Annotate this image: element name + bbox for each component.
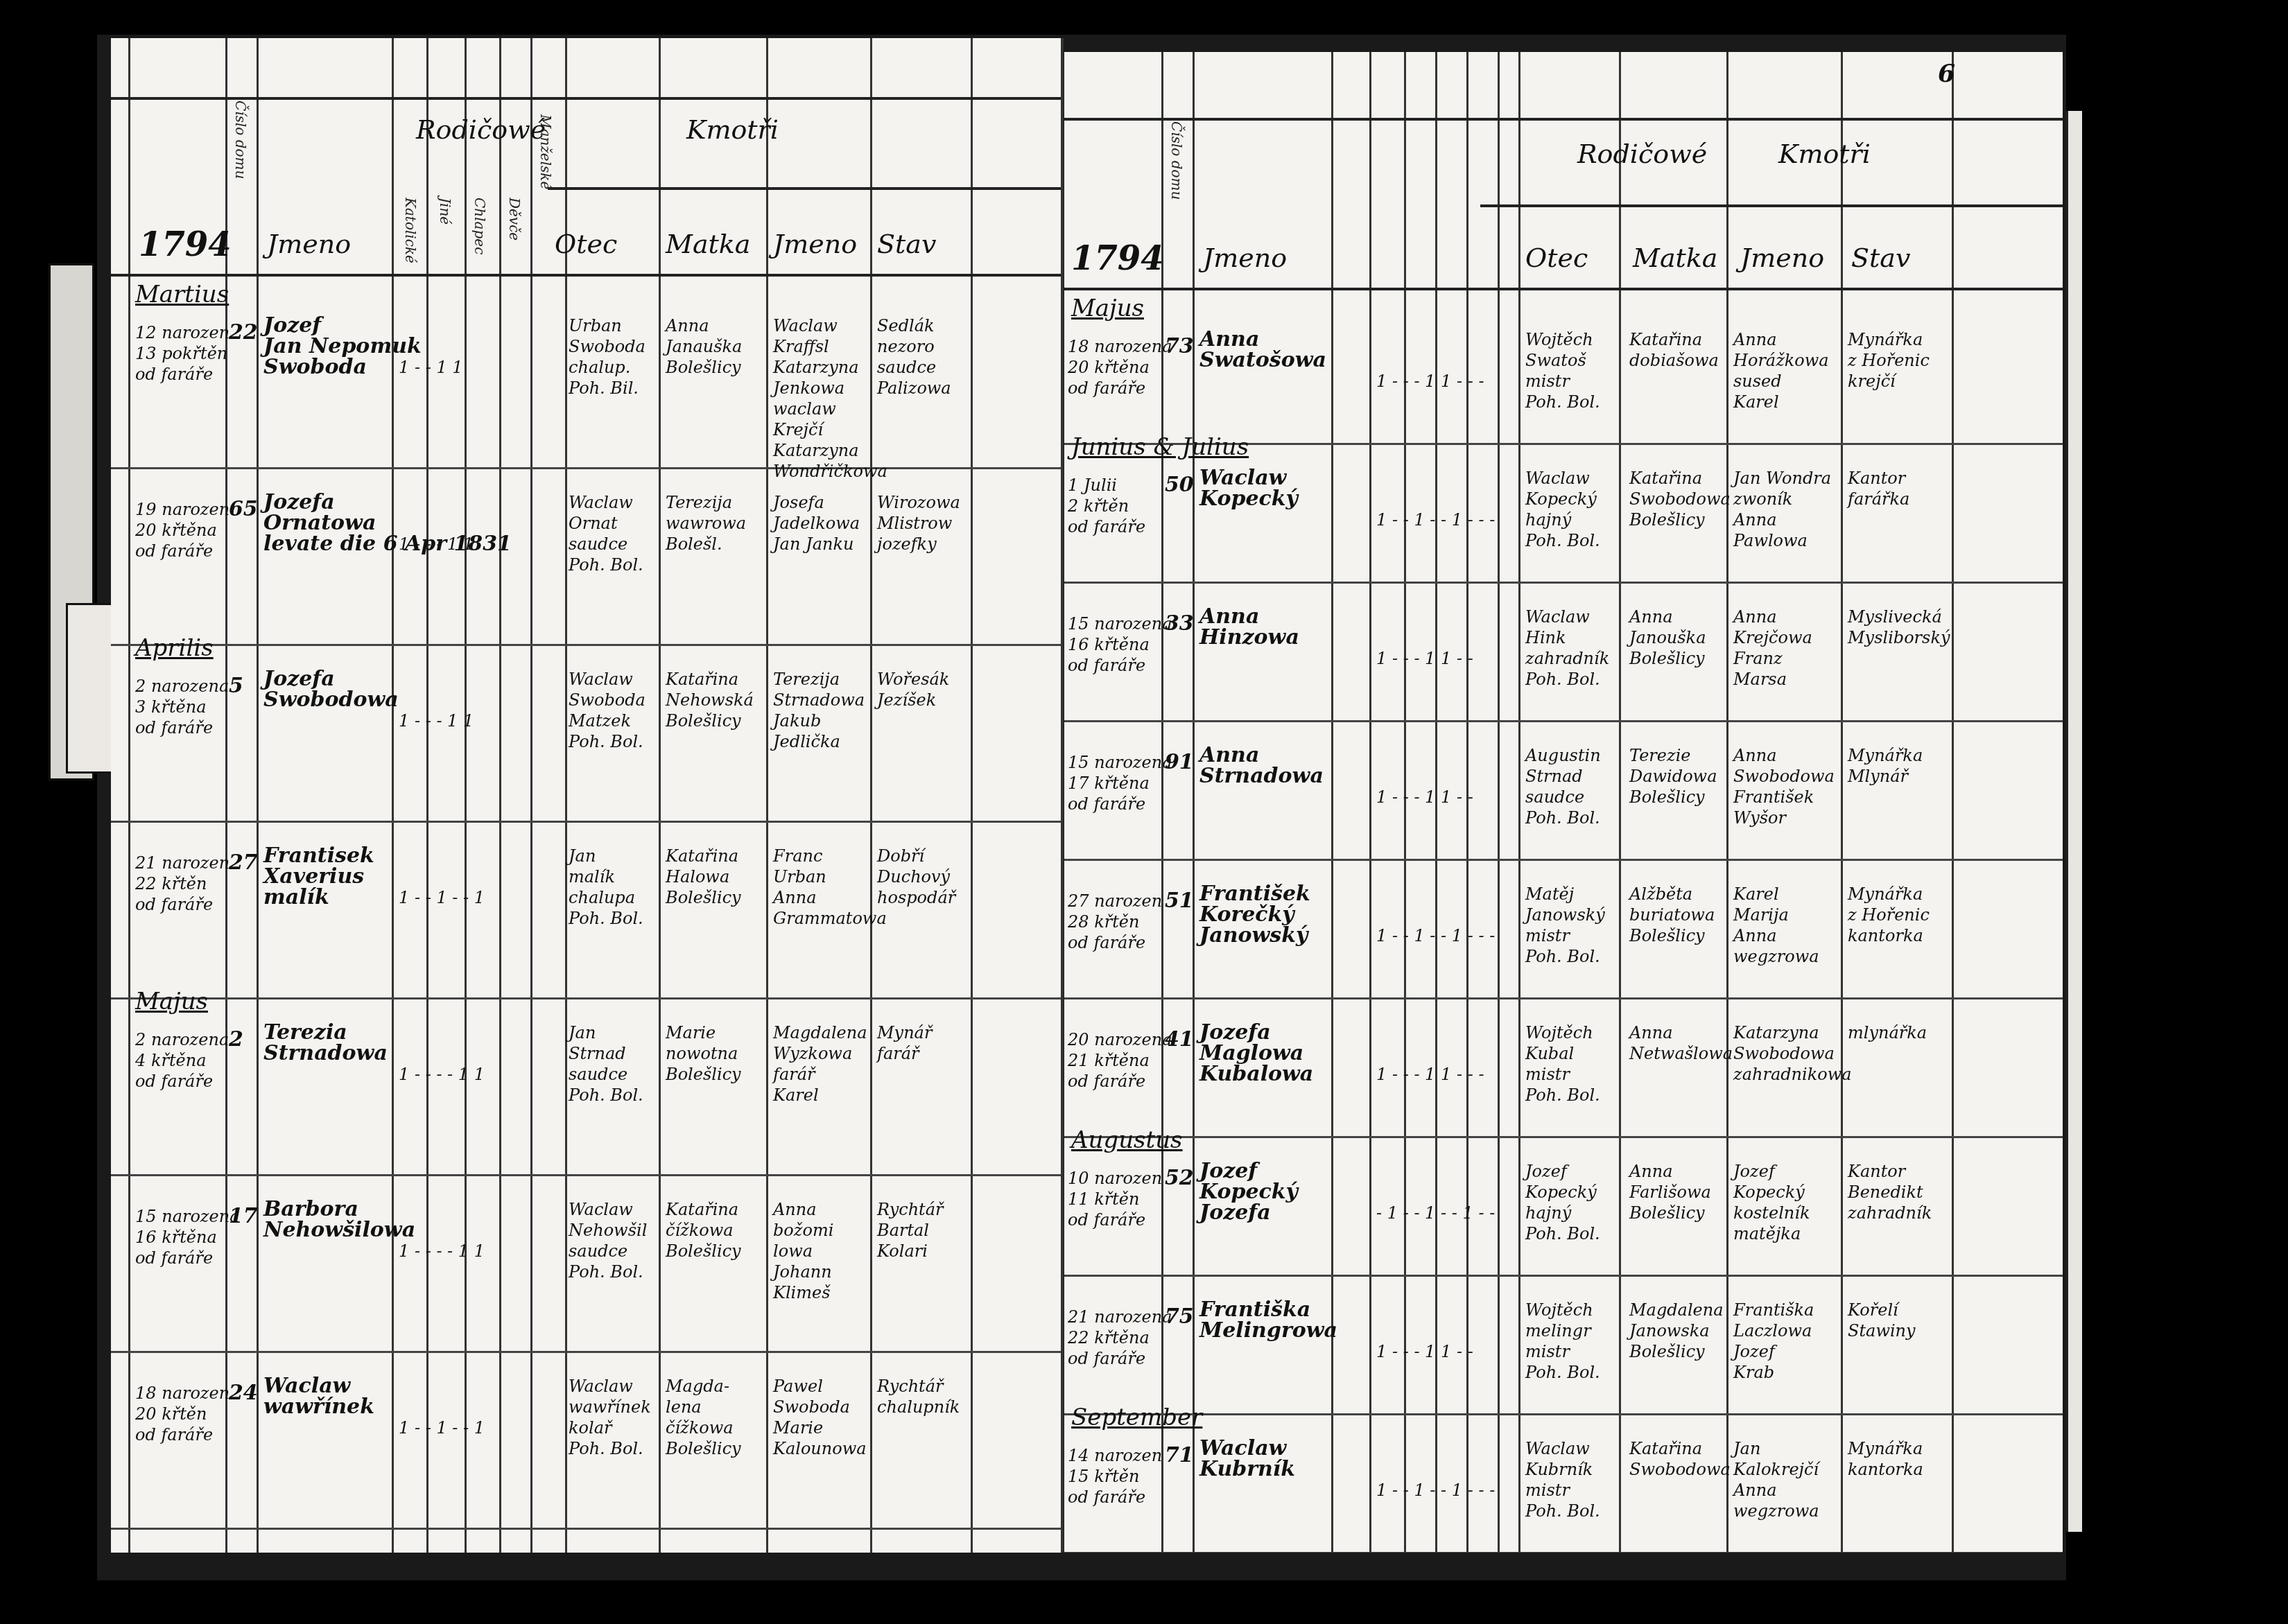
entry-name: Františka Melingrowa xyxy=(1199,1300,1337,1341)
entry-house: 17 xyxy=(229,1206,258,1227)
header-name: Jmeno xyxy=(267,229,351,259)
entry-tally: 1 - - 1 - - 1 - - - xyxy=(1376,509,1495,530)
entry-father: Waclaw Kopecký hajný Poh. Bol. xyxy=(1525,468,1600,551)
entry-date: 15 narozena 16 křtěna od faráře xyxy=(1068,613,1172,676)
entry-tally: - 1 - - 1 - - 1 - - xyxy=(1376,1203,1495,1223)
entry-tally: 1 - - - 1 1 - - - xyxy=(1376,1064,1484,1085)
entry-month: Majus xyxy=(1071,295,1144,322)
page-number: 6 xyxy=(1938,59,1955,88)
entry-gp-name: Jan Wondra zwoník Anna Pawlowa xyxy=(1733,468,1831,551)
entry-gp-status: Wořesák Jezíšek xyxy=(877,669,949,710)
header-mother: Matka xyxy=(1633,243,1718,273)
entry-house: 22 xyxy=(229,322,258,343)
header-vertical-col: Manželské xyxy=(537,114,554,189)
entry-mother: Alžběta buriatowa Bolešlicy xyxy=(1629,884,1715,946)
entry-tally: 1 - - - 1 1 - - - xyxy=(1376,371,1484,392)
page-edge xyxy=(2066,111,2082,1532)
entry-gp-status: Wirozowa Mlistrow jozefky xyxy=(877,492,960,555)
header-vertical-col: Chlapec xyxy=(471,198,488,254)
entry-gp-status: Mynářka Mlynář xyxy=(1848,745,1923,787)
entry-father: Jozef Kopecký hajný Poh. Bol. xyxy=(1525,1161,1600,1244)
entry-mother: Terezie Dawidowa Bolešlicy xyxy=(1629,745,1717,807)
entry-house: 5 xyxy=(229,676,243,697)
entry-name: Waclaw wawřínek xyxy=(263,1376,374,1417)
header-house-number: Číslo domu xyxy=(1168,121,1185,200)
entry-date: 10 narozen 11 křtěn od faráře xyxy=(1068,1168,1162,1230)
entry-name: Jozefa Ornatowa levate die 6 Apr 1831 xyxy=(263,492,512,555)
header-vertical-col: Jiné xyxy=(437,198,453,225)
entry-gp-name: Terezija Strnadowa Jakub Jedlička xyxy=(773,669,865,752)
entry-house: 41 xyxy=(1165,1029,1194,1050)
entry-tally: 1 - - 1 - - 1 xyxy=(399,1417,485,1438)
entry-father: Jan malík chalupa Poh. Bol. xyxy=(569,846,643,929)
entry-gp-status: Kořelí Stawiny xyxy=(1848,1300,1916,1341)
entry-father: Urban Swoboda chalup. Poh. Bil. xyxy=(569,315,645,399)
header-parents: Rodičowé xyxy=(416,114,546,145)
entry-house: 52 xyxy=(1165,1168,1194,1189)
entry-name: Jozefa Swobodowa xyxy=(263,669,399,710)
entry-gp-status: mlynářka xyxy=(1848,1022,1927,1043)
entry-father: Wojtěch Swatoš mistr Poh. Bol. xyxy=(1525,329,1600,412)
entry-name: Barbora Nehowšilowa xyxy=(263,1199,415,1241)
entry-name: Waclaw Kopecký xyxy=(1199,468,1298,509)
entry-date: 18 narozen 20 křtěn od faráře xyxy=(135,1383,229,1445)
entry-name: Waclaw Kubrník xyxy=(1199,1438,1295,1480)
entry-month: Martius xyxy=(135,281,229,308)
entry-father: Augustin Strnad saudce Poh. Bol. xyxy=(1525,745,1601,828)
entry-tally: 1 - - 1 - - 1 xyxy=(399,887,485,908)
entry-tally: 1 - - - 1 1 xyxy=(399,710,474,731)
entry-gp-name: Josefa Jadelkowa Jan Janku xyxy=(773,492,860,555)
header-godparents: Kmotři xyxy=(1778,139,1871,169)
entry-date: 12 narozen 13 pokřtěn od faráře xyxy=(135,322,229,385)
entry-name: Frantisek Xaverius malík xyxy=(263,846,374,908)
entry-gp-name: Magdalena Wyzkowa farář Karel xyxy=(773,1022,867,1106)
entry-name: Anna Hinzowa xyxy=(1199,606,1299,648)
entry-house: 75 xyxy=(1165,1307,1194,1327)
entry-house: 27 xyxy=(229,853,258,873)
entry-tally: 1 - - 1 - - 1 - - - xyxy=(1376,925,1495,946)
entry-date: 21 narozena 22 křtěna od faráře xyxy=(1068,1307,1172,1369)
entry-gp-name: Anna Horážkowa sused Karel xyxy=(1733,329,1829,412)
entry-father: Jan Strnad saudce Poh. Bol. xyxy=(569,1022,643,1106)
entry-father: Wojtěch melingr mistr Poh. Bol. xyxy=(1525,1300,1600,1383)
entry-father: Waclaw Hink zahradník Poh. Bol. xyxy=(1525,606,1609,690)
entry-gp-status: Mynářka z Hořenic kantorka xyxy=(1848,884,1930,946)
entry-gp-status: Mynářka kantorka xyxy=(1848,1438,1923,1480)
entry-father: Waclaw Nehowšil saudce Poh. Bol. xyxy=(569,1199,647,1282)
entry-father: Matěj Janowský mistr Poh. Bol. xyxy=(1525,884,1605,967)
entry-gp-name: Jozef Kopecký kostelník matějka xyxy=(1733,1161,1810,1244)
entry-gp-name: Karel Marija Anna wegzrowa xyxy=(1733,884,1819,967)
entry-gp-status: Kantor farářka xyxy=(1848,468,1909,509)
entry-mother: Katařina dobiašowa xyxy=(1629,329,1719,371)
entry-name: Jozef Kopecký Jozefa xyxy=(1199,1161,1298,1223)
entry-gp-name: Katarzyna Swobodowa zahradnikowa xyxy=(1733,1022,1852,1085)
left-page: Rodičowé Kmotři 1794 Jmeno Otec Matka Jm… xyxy=(111,38,1064,1553)
entry-name: Anna Swatošowa xyxy=(1199,329,1326,371)
entry-name: František Korečký Janowský xyxy=(1199,884,1310,946)
entry-house: 65 xyxy=(229,499,258,520)
entry-date: 27 narozen 28 křtěn od faráře xyxy=(1068,891,1162,953)
entry-gp-status: Kantor Benedikt zahradník xyxy=(1848,1161,1932,1223)
entry-mother: Terezija wawrowa Bolešl. xyxy=(666,492,746,555)
entry-tally: 1 - - - 1 1 xyxy=(399,534,474,555)
entry-name: Jozefa Maglowa Kubalowa xyxy=(1199,1022,1313,1085)
entry-gp-status: Mynářka z Hořenic krejčí xyxy=(1848,329,1930,392)
entry-date: 1 Julii 2 křtěn od faráře xyxy=(1068,475,1145,537)
entry-mother: Katařina Swobodowa xyxy=(1629,1438,1731,1480)
entry-date: 14 narozen 15 křtěn od faráře xyxy=(1068,1445,1162,1508)
header-father: Otec xyxy=(555,229,617,259)
header-godparents: Kmotři xyxy=(686,114,779,145)
entry-gp-status: Rychtář chalupník xyxy=(877,1376,960,1417)
entry-mother: Katařina čížkowa Bolešlicy xyxy=(666,1199,741,1261)
entry-mother: Magdalena Janowska Bolešlicy xyxy=(1629,1300,1724,1362)
entry-tally: 1 - - - - 1 1 xyxy=(399,1241,485,1261)
entry-month: Aprilis xyxy=(135,634,214,662)
entry-tally: 1 - - - 1 1 - - xyxy=(1376,1341,1473,1362)
entry-mother: Katařina Nehowská Bolešlicy xyxy=(666,669,754,731)
entry-house: 2 xyxy=(229,1029,243,1050)
entry-month: Majus xyxy=(135,988,208,1015)
entry-house: 71 xyxy=(1165,1445,1194,1466)
entry-father: Wojtěch Kubal mistr Poh. Bol. xyxy=(1525,1022,1600,1106)
entry-gp-name: Pawel Swoboda Marie Kalounowa xyxy=(773,1376,867,1459)
entry-date: 18 narozena 20 křtěna od faráře xyxy=(1068,336,1172,399)
entry-father: Waclaw Kubrník mistr Poh. Bol. xyxy=(1525,1438,1600,1521)
entry-gp-status: Sedlák nezoro saudce Palizowa xyxy=(877,315,951,399)
entry-month: September xyxy=(1071,1404,1202,1431)
entry-father: Waclaw Ornat saudce Poh. Bol. xyxy=(569,492,643,575)
right-page: 6 Rodičowé Kmotři 1794 Jmeno Otec Matka … xyxy=(1064,52,2063,1553)
entry-mother: Anna Janouška Bolešlicy xyxy=(1629,606,1706,669)
header-godparent-status: Stav xyxy=(877,229,936,259)
entry-date: 15 narozena 17 křtěna od faráře xyxy=(1068,752,1172,814)
entry-tally: 1 - - - - 1 1 xyxy=(399,1064,485,1085)
entry-month: Junius & Julius xyxy=(1071,433,1249,461)
entry-tally: 1 - - 1 1 xyxy=(399,357,463,378)
header-house-number: Číslo domu xyxy=(232,101,249,179)
entry-gp-status: Rychtář Bartal Kolari xyxy=(877,1199,944,1261)
entry-tally: 1 - - - 1 1 - - xyxy=(1376,787,1473,807)
header-godparent-name: Jmeno xyxy=(1740,243,1824,273)
entry-gp-status: Mynář farář xyxy=(877,1022,932,1064)
header-year: 1794 xyxy=(139,225,232,264)
entry-father: Waclaw wawřínek kolař Poh. Bol. xyxy=(569,1376,651,1459)
entry-name: Jozef Jan Nepomuk Swoboda xyxy=(263,315,422,378)
entry-date: 19 narozen 20 křtěna od faráře xyxy=(135,499,229,561)
entry-house: 33 xyxy=(1165,613,1194,634)
entry-mother: Anna Netwašlowa xyxy=(1629,1022,1733,1064)
entry-gp-name: Anna božomi lowa Johann Klimeš xyxy=(773,1199,833,1303)
entry-gp-name: Waclaw Kraffsl Katarzyna Jenkowa waclaw … xyxy=(773,315,887,482)
entry-mother: Katařina Halowa Bolešlicy xyxy=(666,846,741,908)
entry-gp-name: Franc Urban Anna Grammatowa xyxy=(773,846,887,929)
entry-gp-name: Anna Swobodowa František Wyšor xyxy=(1733,745,1835,828)
header-vertical-col: Katolické xyxy=(402,198,419,263)
entry-name: Anna Strnadowa xyxy=(1199,745,1324,787)
entry-gp-status: Myslivecká Mysliborský xyxy=(1848,606,1950,648)
entry-mother: Marie nowotna Bolešlicy xyxy=(666,1022,741,1085)
entry-mother: Katařina Swobodowa Bolešlicy xyxy=(1629,468,1731,530)
entry-gp-name: Anna Krejčowa Franz Marsa xyxy=(1733,606,1812,690)
entry-house: 51 xyxy=(1165,891,1194,911)
entry-house: 73 xyxy=(1165,336,1194,357)
header-name: Jmeno xyxy=(1203,243,1287,273)
entry-name: Terezia Strnadowa xyxy=(263,1022,388,1064)
entry-date: 21 narozen 22 křtěn od faráře xyxy=(135,853,229,915)
header-godparent-status: Stav xyxy=(1851,243,1910,273)
entry-date: 2 narozena 3 křtěna od faráře xyxy=(135,676,229,738)
entry-house: 50 xyxy=(1165,475,1194,496)
entry-date: 20 narozena 21 křtěna od faráře xyxy=(1068,1029,1172,1092)
header-father: Otec xyxy=(1525,243,1588,273)
entry-date: 15 narozena 16 křtěna od faráře xyxy=(135,1206,239,1268)
entry-father: Waclaw Swoboda Matzek Poh. Bol. xyxy=(569,669,645,752)
entry-mother: Magda- lena čížkowa Bolešlicy xyxy=(666,1376,741,1459)
entry-house: 24 xyxy=(229,1383,258,1404)
entry-date: 2 narozena 4 křtěna od faráře xyxy=(135,1029,229,1092)
entry-house: 91 xyxy=(1165,752,1194,773)
entry-gp-status: Dobří Duchový hospodář xyxy=(877,846,955,908)
entry-gp-name: Jan Kalokrejčí Anna wegzrowa xyxy=(1733,1438,1819,1521)
header-vertical-col: Děvče xyxy=(506,198,523,241)
entry-gp-name: Františka Laczlowa Jozef Krab xyxy=(1733,1300,1814,1383)
header-mother: Matka xyxy=(666,229,751,259)
header-godparent-name: Jmeno xyxy=(773,229,857,259)
entry-month: Augustus xyxy=(1071,1126,1183,1154)
entry-mother: Anna Farlišowa Bolešlicy xyxy=(1629,1161,1711,1223)
entry-tally: 1 - - - 1 1 - - xyxy=(1376,648,1473,669)
entry-tally: 1 - - 1 - - 1 - - - xyxy=(1376,1480,1495,1501)
header-parents: Rodičowé xyxy=(1577,139,1707,169)
entry-mother: Anna Janauška Bolešlicy xyxy=(666,315,742,378)
header-year: 1794 xyxy=(1071,239,1164,278)
